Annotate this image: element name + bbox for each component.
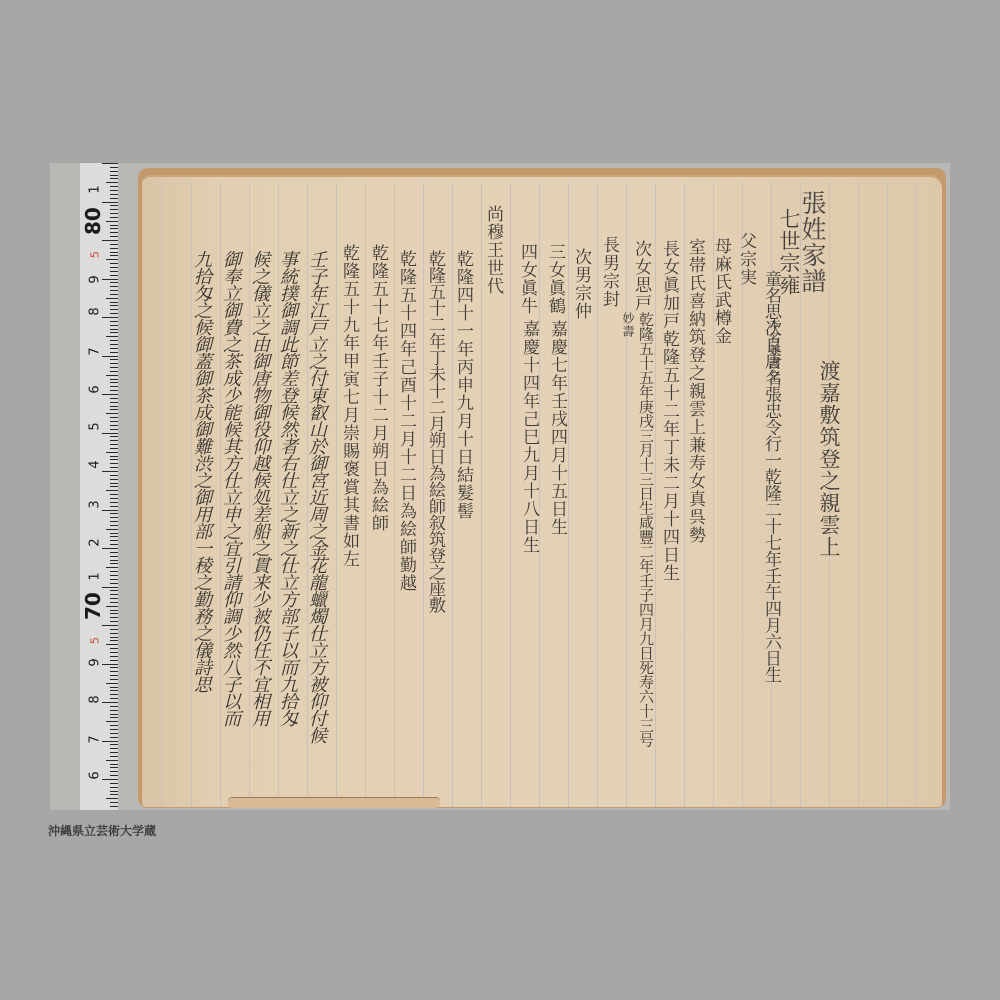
- ruler-tick: [110, 783, 118, 784]
- ruler-tick: [106, 452, 118, 453]
- ruler-tick: [110, 498, 118, 499]
- ruler-tick: [110, 775, 118, 776]
- ruler-tick: [110, 252, 118, 253]
- ruler-tick: [102, 202, 118, 203]
- ruler-tick: [110, 486, 118, 487]
- ruler-tick: [110, 483, 118, 484]
- text-column-mother: 母麻氏武樽金: [712, 237, 729, 345]
- ruler-tick: [106, 567, 118, 568]
- ruler-tick: [110, 409, 118, 410]
- page-rule-line: [423, 183, 424, 807]
- ruler-label: 9: [88, 269, 103, 291]
- ruler-tick: [110, 332, 118, 333]
- ruler-tick: [106, 683, 118, 684]
- ruler-tick: [106, 490, 118, 491]
- page-rule-line: [858, 183, 859, 807]
- ruler-tick: [110, 406, 118, 407]
- ruler-tick: [110, 494, 118, 495]
- ruler-tick: [110, 794, 118, 795]
- ruler-tick: [110, 687, 118, 688]
- ruler-tick: [110, 698, 118, 699]
- ruler-tick: [110, 228, 118, 229]
- ruler-tick: [110, 263, 118, 264]
- ruler-tick: [110, 525, 118, 526]
- text-column-eldest-son: 長男宗封: [600, 236, 617, 308]
- ruler-label: 9: [88, 652, 103, 674]
- text-column-second-son: 次男宗仲: [572, 248, 589, 320]
- ruler-label: 5: [89, 244, 102, 266]
- ruler-tick: [110, 417, 118, 418]
- ruler-tick: [110, 771, 118, 772]
- ruler-tick: [110, 675, 118, 676]
- cursive-column-cursive-4: 御奉立御費之茶成少能候其方仕立申之宜引請仰調少然八子以而: [221, 250, 239, 726]
- ruler-label: 6: [88, 765, 103, 787]
- ruler-tick: [110, 629, 118, 630]
- ruler-tick: [110, 656, 118, 657]
- ruler-tick: [110, 305, 118, 306]
- ruler-label: 7: [88, 729, 103, 751]
- ruler-tick: [110, 660, 118, 661]
- ruler-tick: [110, 436, 118, 437]
- ruler-label: 1: [88, 179, 103, 201]
- text-column-fourth-daughter-birth: 嘉慶十四年己巳九月十八日生: [520, 320, 537, 554]
- ruler-tick: [110, 729, 118, 730]
- ruler-tick: [106, 606, 118, 607]
- page-rule-line: [887, 183, 888, 807]
- ruler-label: 8: [88, 689, 103, 711]
- text-column-entry-5: 乾隆五十九年甲寅七月崇賜褒賞其書如左: [340, 244, 357, 568]
- text-column-eldest-daughter-name: 長女眞加戸: [660, 240, 677, 330]
- ruler-tick: [110, 613, 118, 614]
- text-column-second-daughter-dates: 乾隆五十五年庚戌三月十三日生咸豐二年壬子四月九日死寿六十三号: [638, 312, 653, 747]
- ruler-tick: [110, 536, 118, 537]
- ruler-tick: [102, 664, 118, 665]
- ruler-tick: [110, 571, 118, 572]
- ruler-label: 80: [81, 213, 105, 235]
- ruler-tick: [110, 379, 118, 380]
- cursive-column-cursive-2: 事統撲御調此節差登候然者右仕立之新之仕立方部子以而九拾匁: [278, 250, 296, 726]
- text-column-entry-2: 乾隆五十二年丁未十二月朔日為絵師叙筑登之座敷: [426, 250, 443, 613]
- text-column-second-daughter-name: 次女思戸: [632, 240, 649, 312]
- ruler-label: 70: [81, 598, 105, 620]
- ruler-tick: [110, 371, 118, 372]
- ruler-tick: [110, 359, 118, 360]
- ruler-tick: [110, 440, 118, 441]
- ruler-tick: [110, 513, 118, 514]
- ruler-label: 5: [89, 630, 102, 652]
- ruler-tick: [110, 198, 118, 199]
- ruler-tick: [110, 764, 118, 765]
- ruler-tick: [110, 329, 118, 330]
- ruler-tick: [110, 640, 118, 641]
- ruler-tick: [106, 721, 118, 722]
- ruler-tick: [110, 802, 118, 803]
- ruler-tick: [110, 213, 118, 214]
- text-column-third-daughter-name: 三女眞鶴: [546, 243, 563, 315]
- text-column-reign: 尚穆王世代: [484, 205, 501, 295]
- ruler-tick: [110, 563, 118, 564]
- ruler-tick: [110, 309, 118, 310]
- ruler-tick: [102, 779, 118, 780]
- ruler-tick: [110, 617, 118, 618]
- ruler-tick: [102, 433, 118, 434]
- page-rule-line: [597, 183, 598, 807]
- ruler-label: 5: [88, 416, 103, 438]
- ruler-tick: [110, 302, 118, 303]
- page-rule-line: [481, 183, 482, 807]
- text-column-household-head: 渡嘉敷筑登之親雲上: [818, 360, 839, 558]
- text-column-entry-3: 乾隆五十四年己酉十二月十二日為絵師勤越: [397, 250, 414, 592]
- ruler-tick: [110, 667, 118, 668]
- page-rule-line: [162, 183, 163, 807]
- ruler-tick: [110, 456, 118, 457]
- page-rule-line: [336, 183, 337, 807]
- page-rule-line: [626, 183, 627, 807]
- cursive-column-cursive-5: 九拾匁之候御蓋御茶成御難渋之御用部一稜之勤務之儀詩思: [192, 250, 210, 692]
- ruler-tick: [110, 425, 118, 426]
- ruler-tick: [106, 760, 118, 761]
- ruler-tick: [110, 175, 118, 176]
- ruler-tick: [102, 510, 118, 511]
- ruler-tick: [110, 194, 118, 195]
- ruler-tick: [110, 690, 118, 691]
- ruler-tick: [106, 336, 118, 337]
- ruler-tick: [110, 232, 118, 233]
- ruler-tick: [110, 752, 118, 753]
- text-column-wife: 室帯氏喜納筑登之親雲上兼寿女真呉勢: [686, 238, 703, 544]
- ruler-tick: [110, 717, 118, 718]
- ruler-tick: [110, 248, 118, 249]
- ruler-tick: [110, 421, 118, 422]
- ruler-tick: [106, 798, 118, 799]
- ruler-tick: [106, 644, 118, 645]
- ruler-tick: [110, 633, 118, 634]
- ruler-tick: [110, 236, 118, 237]
- ruler-tick: [102, 356, 118, 357]
- ruler-tick: [110, 402, 118, 403]
- page-rule-line: [510, 183, 511, 807]
- cursive-column-cursive-3: 候之儀立之由御唐物御役仰越候処差船之貫来少被仍任不宜相用: [250, 250, 268, 726]
- ruler-tick: [110, 352, 118, 353]
- ruler-tick: [102, 317, 118, 318]
- page-rule-line: [916, 183, 917, 807]
- text-column-eldest-daughter-birth: 乾隆五十二年丁未二月十四日生: [660, 330, 677, 582]
- ruler-tick: [110, 313, 118, 314]
- ruler-tick: [110, 390, 118, 391]
- ruler-tick: [110, 467, 118, 468]
- ruler-tick: [110, 733, 118, 734]
- ruler-tick: [110, 294, 118, 295]
- ruler-tick: [110, 398, 118, 399]
- ruler-tick: [110, 544, 118, 545]
- text-column-entry-1: 乾隆四十一年丙申九月十日結髮髻: [454, 250, 471, 520]
- text-column-childhood-name: 童名思次良唐名張忠令行一乾隆二十七年壬午四月六日生: [762, 270, 779, 683]
- ruler-tick: [102, 471, 118, 472]
- ruler-tick: [110, 321, 118, 322]
- ruler-tick: [106, 259, 118, 260]
- ruler-tick: [110, 590, 118, 591]
- ruler-tick: [110, 552, 118, 553]
- ruler-tick: [102, 240, 118, 241]
- ruler-tick: [106, 413, 118, 414]
- ruler-tick: [110, 444, 118, 445]
- ruler-tick: [110, 205, 118, 206]
- ruler-tick: [110, 521, 118, 522]
- ruler-tick: [110, 583, 118, 584]
- ruler-tick: [110, 610, 118, 611]
- ruler-tick: [110, 725, 118, 726]
- page-rule-line: [365, 183, 366, 807]
- ruler-tick: [102, 741, 118, 742]
- ruler-tick: [110, 363, 118, 364]
- ruler-tick: [106, 375, 118, 376]
- ruler-tick: [102, 548, 118, 549]
- ruler-tick: [110, 517, 118, 518]
- page-rule-line: [539, 183, 540, 807]
- ruler-tick: [110, 209, 118, 210]
- ruler-tick: [102, 702, 118, 703]
- ruler-tick: [110, 694, 118, 695]
- ruler-tick: [110, 806, 118, 807]
- ruler-tick: [110, 271, 118, 272]
- text-column-father: 父宗実: [737, 232, 754, 286]
- cursive-column-cursive-1: 壬子年江戸立之付東叡山於御宮近周之金花龍蠟燭仕立方被仰付候: [307, 250, 325, 743]
- ruler-tick: [102, 163, 118, 164]
- ruler-tick: [110, 787, 118, 788]
- ruler-tick: [110, 533, 118, 534]
- ruler-label: 2: [88, 532, 103, 554]
- ruler-label: 1: [88, 566, 103, 588]
- ruler-tick: [110, 767, 118, 768]
- ruler-tick: [110, 225, 118, 226]
- ruler-tick: [110, 344, 118, 345]
- ruler-tick: [110, 575, 118, 576]
- ruler-tick: [110, 594, 118, 595]
- ruler-tick: [110, 598, 118, 599]
- page-binding-string: [228, 797, 440, 808]
- ruler-tick: [110, 167, 118, 168]
- page-rule-line: [655, 183, 656, 807]
- ruler-tick: [110, 217, 118, 218]
- ruler-tick: [110, 679, 118, 680]
- ruler-tick: [110, 267, 118, 268]
- ruler-tick: [110, 190, 118, 191]
- ruler-tick: [110, 244, 118, 245]
- ruler-tick: [110, 386, 118, 387]
- text-column-generation: 七世宗雍: [778, 208, 799, 296]
- ruler-tick: [110, 479, 118, 480]
- ruler-tick: [110, 282, 118, 283]
- ruler-tick: [102, 394, 118, 395]
- ruler-tick: [110, 714, 118, 715]
- ruler-tick: [110, 463, 118, 464]
- ruler-tick: [110, 340, 118, 341]
- ruler-tick: [110, 710, 118, 711]
- ruler-tick: [110, 756, 118, 757]
- ruler-tick: [110, 459, 118, 460]
- text-column-entry-4: 乾隆五十七年壬子十二月朔日為絵師: [369, 244, 386, 532]
- ruler-tick: [110, 367, 118, 368]
- ruler-tick: [110, 382, 118, 383]
- ruler-tick: [110, 748, 118, 749]
- measuring-ruler: 18059876543217059876: [80, 163, 119, 810]
- ruler-label: 6: [88, 379, 103, 401]
- ruler-tick: [110, 325, 118, 326]
- ruler-tick: [110, 540, 118, 541]
- ruler-tick: [110, 290, 118, 291]
- collection-caption: 沖縄県立芸術大学蔵: [48, 822, 156, 839]
- ruler-label: 4: [88, 454, 103, 476]
- ruler-tick: [110, 560, 118, 561]
- ruler-tick: [110, 286, 118, 287]
- ruler-tick: [110, 706, 118, 707]
- ruler-tick: [110, 186, 118, 187]
- ruler-label: 8: [88, 301, 103, 323]
- ruler-tick: [110, 275, 118, 276]
- ruler-tick: [106, 221, 118, 222]
- ruler-tick: [110, 171, 118, 172]
- ruler-tick: [110, 602, 118, 603]
- ruler-tick: [110, 348, 118, 349]
- ruler-tick: [110, 178, 118, 179]
- ruler-tick: [110, 429, 118, 430]
- ruler-tick: [110, 744, 118, 745]
- ruler-tick: [110, 255, 118, 256]
- ruler-tick: [110, 791, 118, 792]
- text-column-third-daughter-birth: 嘉慶七年壬戌四月十五日生: [548, 320, 565, 536]
- ruler-tick: [106, 529, 118, 530]
- ruler-tick: [110, 502, 118, 503]
- ruler-tick: [110, 556, 118, 557]
- ruler-tick: [102, 587, 118, 588]
- ruler-tick: [110, 579, 118, 580]
- ruler-tick: [110, 448, 118, 449]
- text-column-title: 張姓家譜: [800, 190, 825, 294]
- ruler-tick: [110, 737, 118, 738]
- page-rule-line: [568, 183, 569, 807]
- ruler-tick: [106, 182, 118, 183]
- page-rule-line: [394, 183, 395, 807]
- text-column-second-daughter-alias: 妙壽: [622, 312, 634, 338]
- text-column-fourth-daughter-name: 四女眞牛: [518, 243, 535, 315]
- ruler-tick: [110, 475, 118, 476]
- ruler-label: 7: [88, 341, 103, 363]
- ruler-tick: [110, 637, 118, 638]
- ruler-tick: [110, 652, 118, 653]
- ruler-tick: [110, 648, 118, 649]
- ruler-tick: [110, 671, 118, 672]
- ruler-tick: [110, 506, 118, 507]
- ruler-tick: [106, 298, 118, 299]
- ruler-tick: [102, 279, 118, 280]
- ruler-tick: [110, 621, 118, 622]
- ruler-label: 3: [88, 494, 103, 516]
- ruler-tick: [102, 625, 118, 626]
